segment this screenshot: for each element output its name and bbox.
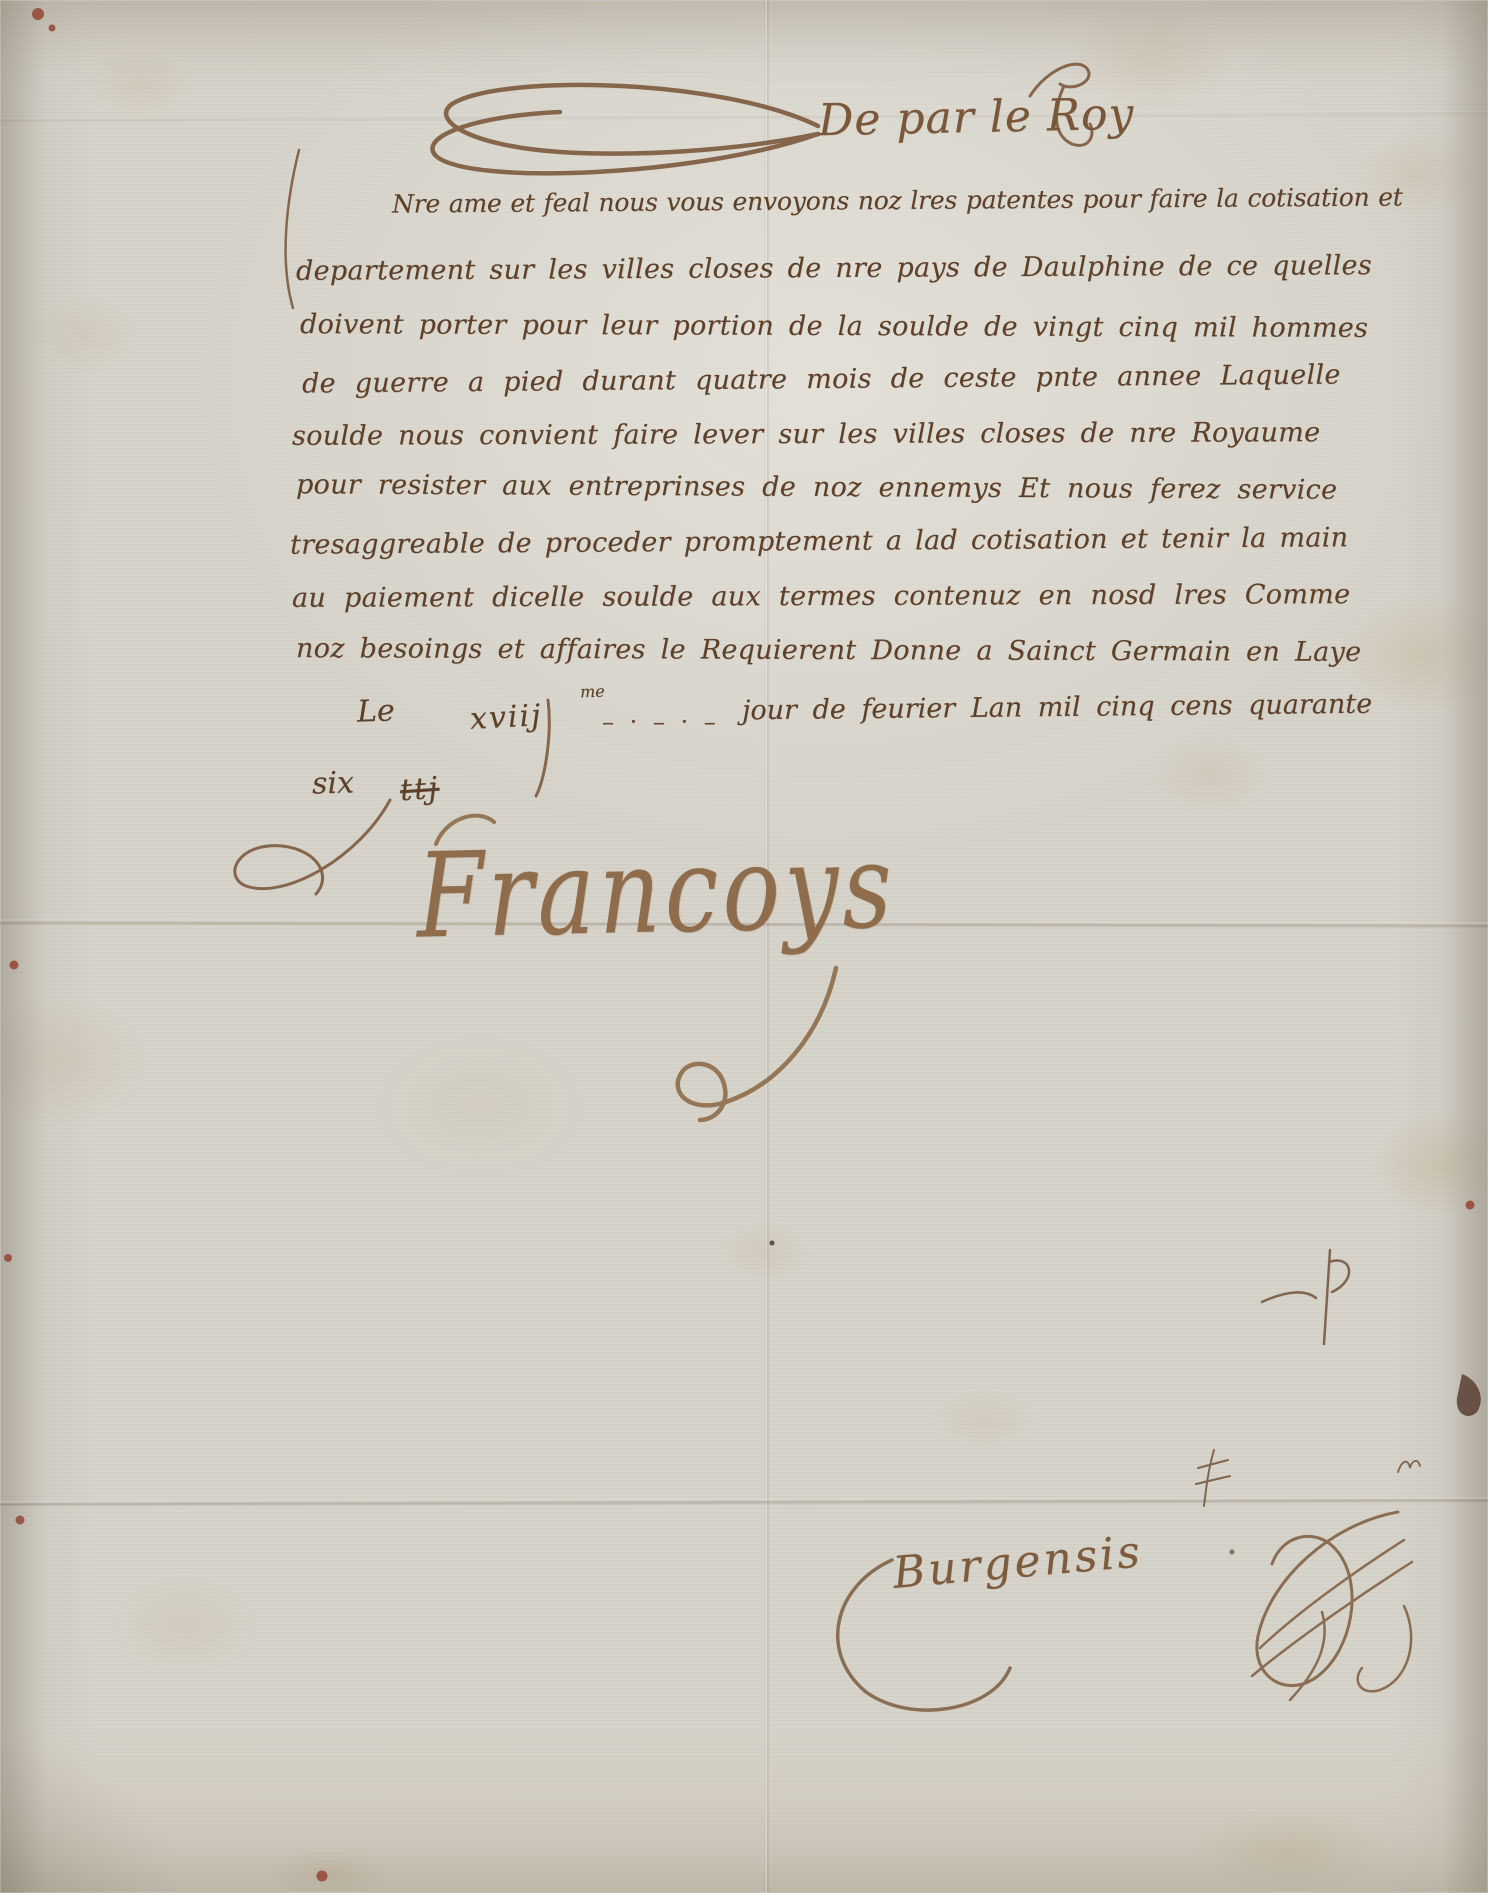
- red-fleck: [10, 961, 19, 970]
- faint-crease-top: [0, 111, 1488, 123]
- body-line: au paiement dicelle soulde aux termes co…: [292, 579, 1351, 614]
- secretary-paraph: [1252, 1540, 1412, 1676]
- scribal-mark: ttj: [399, 771, 441, 809]
- body-line: pour resister aux entreprinses de noz en…: [296, 469, 1337, 505]
- body-line: tresaggreable de proceder promptement a …: [290, 522, 1349, 560]
- body-line: doivent porter pour leur portion de la s…: [300, 309, 1368, 344]
- red-fleck: [317, 1871, 328, 1882]
- six-underflourish: [235, 800, 390, 894]
- date-superscript: me: [580, 682, 605, 702]
- date-text: jour de feurier Lan mil cinq cens quaran…: [742, 689, 1372, 727]
- body-line: de guerre a pied durant quatre mois de c…: [302, 359, 1341, 399]
- red-fleck: [49, 25, 56, 32]
- horizontal-fold-crease-lower: [0, 1497, 1488, 1507]
- royal-signature: Francoys: [416, 818, 897, 965]
- red-fleck: [1466, 1201, 1475, 1210]
- ink-dot: [1230, 1550, 1235, 1555]
- p-paraph-mark: [1262, 1250, 1349, 1344]
- header: De par le Roy: [818, 89, 1135, 147]
- body-line: noz besoings et affaires le Requierent D…: [296, 633, 1361, 668]
- manuscript-photo: De par le Roy Nre ame et feal nous vous …: [0, 0, 1488, 1893]
- red-fleck: [32, 8, 44, 20]
- secretary-paraph: [1257, 1512, 1398, 1686]
- secretary-paraph: [1290, 1606, 1411, 1700]
- royal-signature-descender: [678, 968, 836, 1120]
- lire-sign-mark: [1196, 1450, 1230, 1506]
- countersignature: Burgensis: [891, 1526, 1145, 1599]
- body-line: soulde nous convient faire lever sur les…: [292, 417, 1320, 452]
- date-prefix: Le: [356, 693, 395, 729]
- body-line: departement sur les villes closes de nre…: [296, 250, 1372, 287]
- edge-flaw: [1457, 1374, 1481, 1416]
- body-line: Nre ame et feal nous vous envoyons noz l…: [392, 182, 1403, 218]
- header-d-flourish: [432, 112, 818, 173]
- date-filler-dashes: – · – · –: [602, 708, 720, 736]
- ink-speck: [770, 1241, 775, 1246]
- red-fleck: [4, 1254, 12, 1262]
- date-continuation: six: [312, 765, 355, 801]
- red-fleck: [16, 1516, 25, 1525]
- header-d-flourish: [446, 85, 818, 154]
- date-numeral: xviij: [469, 698, 543, 737]
- small-n-mark: [1398, 1461, 1420, 1472]
